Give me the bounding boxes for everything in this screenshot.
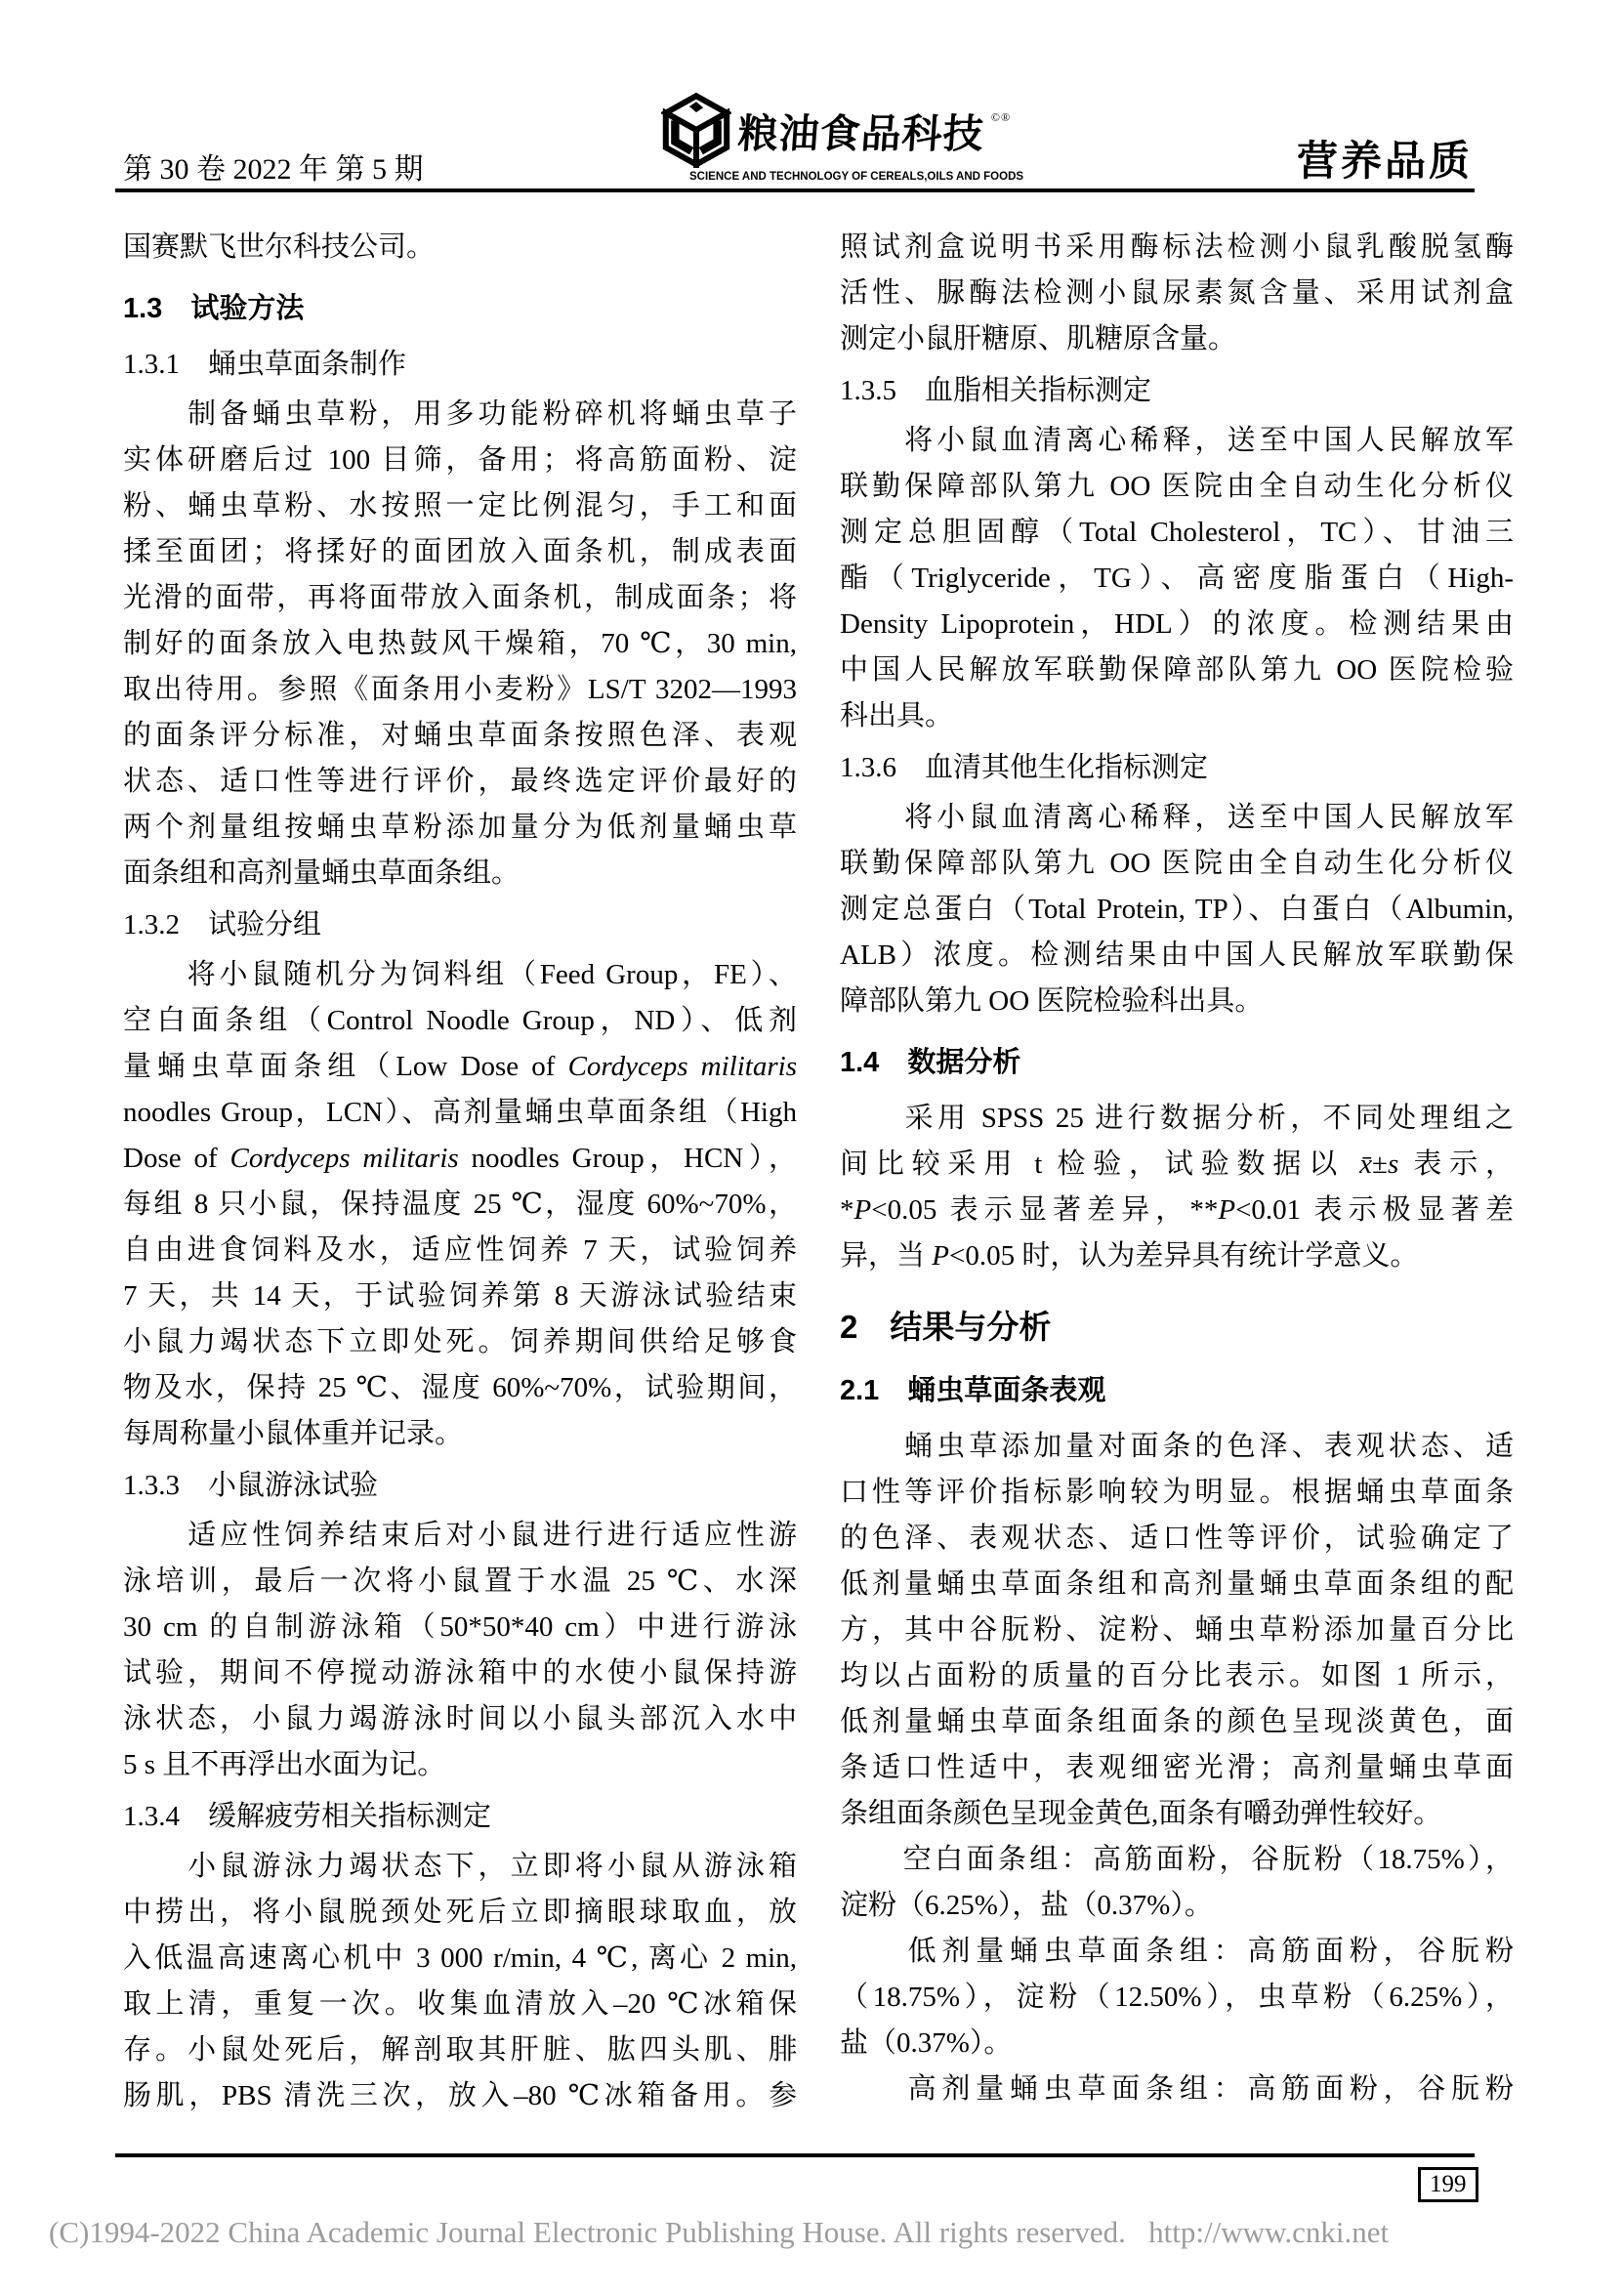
text-line: 自由进食饲料及水，适应性饲养 7 天，试验饲养 — [123, 1228, 797, 1273]
text-line: 空白面条组（Control Noodle Group，ND）、低剂 — [123, 998, 797, 1044]
text-line: 适应性饲养结束后对小鼠进行进行适应性游 — [123, 1513, 797, 1559]
text-line: 测定小鼠肝糖原、肌糖原含量。 — [840, 316, 1514, 362]
text-line: 物及水，保持 25 ℃、湿度 60%~70%，试验期间， — [123, 1365, 797, 1411]
paragraph: 蛹虫草添加量对面条的色泽、表观状态、适口性等评价指标影响较为明显。根据蛹虫草面条… — [840, 1424, 1514, 1837]
paragraph: 照试剂盒说明书采用酶标法检测小鼠乳酸脱氢酶活性、脲酶法检测小鼠尿素氮含量、采用试… — [840, 225, 1514, 362]
text-line: 粉、蛹虫草粉、水按照一定比例混匀，手工和面 — [123, 483, 797, 529]
text-line: 小鼠游泳力竭状态下，立即将小鼠从游泳箱 — [123, 1844, 797, 1890]
text-line: 中捞出，将小鼠脱颈处死后立即摘眼球取血，放 — [123, 1890, 797, 1936]
text-line: 异，当 P<0.05 时，认为差异具有统计学意义。 — [840, 1233, 1514, 1279]
text-line: 淀粉（6.25%），盐（0.37%）。 — [840, 1883, 1514, 1929]
text-line: 盐（0.37%）。 — [840, 2021, 1514, 2066]
text-line: 的面条评分标准，对蛹虫草面条按照色泽、表观 — [123, 713, 797, 759]
journal-logo-title: 粮油食品科技 — [736, 102, 986, 159]
text-line: 口性等评价指标影响较为明显。根据蛹虫草面条 — [840, 1470, 1514, 1516]
journal-logo: 粮油食品科技 ©® SCIENCE AND TECHNOLOGY OF CERE… — [689, 92, 982, 183]
footer-rule — [115, 2153, 1475, 2157]
text-line: 实体研磨后过 100 目筛，备用；将高筋面粉、淀 — [123, 438, 797, 483]
section-heading: 1.4 数据分析 — [840, 1040, 1514, 1086]
text-line: 条适口性适中，表观细密光滑；高剂量蛹虫草面 — [840, 1745, 1514, 1791]
text-line: 试验，期间不停搅动游泳箱中的水使小鼠保持游 — [123, 1650, 797, 1696]
paragraph: 国赛默飞世尔科技公司。 — [123, 225, 797, 271]
text-line: 国赛默飞世尔科技公司。 — [123, 225, 797, 271]
text-line: 5 s 且不再浮出水面为记。 — [123, 1742, 797, 1788]
right-column: 照试剂盒说明书采用酶标法检测小鼠乳酸脱氢酶活性、脲酶法检测小鼠尿素氮含量、采用试… — [840, 225, 1514, 2119]
text-line: 1.3 试验方法 — [123, 286, 797, 332]
section-heading: 2.1 蛹虫草面条表观 — [840, 1368, 1514, 1414]
page-number: 199 — [1418, 2167, 1478, 2202]
text-line: 泳状态，小鼠力竭游泳时间以小鼠头部沉入水中 — [123, 1696, 797, 1742]
text-line: 光滑的面带，再将面带放入面条机，制成面条；将 — [123, 575, 797, 621]
text-line: 1.3.4 缓解疲劳相关指标测定 — [123, 1794, 797, 1840]
journal-logo-icon — [661, 92, 731, 168]
text-line: 1.4 数据分析 — [840, 1040, 1514, 1086]
text-line: Density Lipoprotein，HDL）的浓度。检测结果由 — [840, 602, 1514, 647]
section-heading: 1.3.4 缓解疲劳相关指标测定 — [123, 1794, 797, 1840]
text-line: 测定总蛋白（Total Protein, TP）、白蛋白（Albumin, — [840, 887, 1514, 933]
text-line: 7 天，共 14 天，于试验饲养第 8 天游泳试验结束 — [123, 1273, 797, 1319]
section-heading: 1.3 试验方法 — [123, 286, 797, 332]
text-line: 2.1 蛹虫草面条表观 — [840, 1368, 1514, 1414]
paragraph: 将小鼠随机分为饲料组（Feed Group，FE）、空白面条组（Control … — [123, 952, 797, 1457]
text-line: 量蛹虫草面条组（Low Dose of Cordyceps militaris — [123, 1044, 797, 1090]
paragraph: 空白面条组：高筋面粉，谷朊粉（18.75%），淀粉（6.25%），盐（0.37%… — [840, 1837, 1514, 1929]
text-line: 两个剂量组按蛹虫草粉添加量分为低剂量蛹虫草 — [123, 805, 797, 851]
text-line: 取上清，重复一次。收集血清放入–20 ℃冰箱保 — [123, 1982, 797, 2027]
section-heading: 2 结果与分析 — [840, 1301, 1514, 1353]
paragraph: 低剂量蛹虫草面条组：高筋面粉，谷朊粉（18.75%），淀粉（12.50%），虫草… — [840, 1929, 1514, 2066]
paragraph: 将小鼠血清离心稀释，送至中国人民解放军联勤保障部队第九 OO 医院由全自动生化分… — [840, 795, 1514, 1024]
text-line: 1.3.1 蛹虫草面条制作 — [123, 342, 797, 388]
text-line: 均以占面粉的质量的百分比表示。如图 1 所示， — [840, 1653, 1514, 1699]
section-heading: 1.3.3 小鼠游泳试验 — [123, 1463, 797, 1509]
text-line: 每组 8 只小鼠，保持温度 25 ℃，湿度 60%~70%， — [123, 1182, 797, 1228]
journal-page: 第 30 卷 2022 年 第 5 期 粮油食品科技 ©® SCIENCE AN… — [0, 0, 1623, 2296]
text-line: 每周称量小鼠体重并记录。 — [123, 1411, 797, 1457]
text-line: 科出具。 — [840, 693, 1514, 739]
text-line: 活性、脲酶法检测小鼠尿素氮含量、采用试剂盒 — [840, 271, 1514, 316]
paragraph: 适应性饲养结束后对小鼠进行进行适应性游泳培训，最后一次将小鼠置于水温 25 ℃、… — [123, 1513, 797, 1788]
text-line: 状态、适口性等进行评价，最终选定评价最好的 — [123, 759, 797, 805]
text-line: （18.75%），淀粉（12.50%），虫草粉（6.25%）， — [840, 1975, 1514, 2021]
text-line: 酯（Triglyceride，TG）、高密度脂蛋白（High- — [840, 556, 1514, 602]
text-line: 1.3.5 血脂相关指标测定 — [840, 368, 1514, 414]
text-line: 将小鼠随机分为饲料组（Feed Group，FE）、 — [123, 952, 797, 998]
text-line: 制好的面条放入电热鼓风干燥箱，70 ℃，30 min, — [123, 621, 797, 667]
text-line: 1.3.6 血清其他生化指标测定 — [840, 745, 1514, 791]
text-line: 将小鼠血清离心稀释，送至中国人民解放军 — [840, 795, 1514, 841]
paragraph: 高剂量蛹虫草面条组：高筋面粉，谷朊粉 — [840, 2066, 1514, 2112]
text-line: 2 结果与分析 — [840, 1301, 1514, 1353]
text-line: 存。小鼠处死后，解剖取其肝脏、肱四头肌、腓 — [123, 2027, 797, 2073]
left-column: 国赛默飞世尔科技公司。1.3 试验方法1.3.1 蛹虫草面条制作 制备蛹虫草粉，… — [123, 225, 797, 2119]
copyright-notice: (C)1994-2022 China Academic Journal Elec… — [49, 2215, 1389, 2250]
text-line: 的色泽、表观状态、适口性等评价，试验确定了 — [840, 1516, 1514, 1562]
text-line: 入低温高速离心机中 3 000 r/min, 4 ℃, 离心 2 min, — [123, 1936, 797, 1982]
text-line: 蛹虫草添加量对面条的色泽、表观状态、适 — [840, 1424, 1514, 1470]
section-heading: 1.3.1 蛹虫草面条制作 — [123, 342, 797, 388]
text-line: 照试剂盒说明书采用酶标法检测小鼠乳酸脱氢酶 — [840, 225, 1514, 271]
paragraph: 制备蛹虫草粉，用多功能粉碎机将蛹虫草子实体研磨后过 100 目筛，备用；将高筋面… — [123, 392, 797, 897]
journal-logo-subtitle: SCIENCE AND TECHNOLOGY OF CEREALS,OILS A… — [689, 171, 982, 183]
text-line: 泳培训，最后一次将小鼠置于水温 25 ℃、水深 — [123, 1559, 797, 1605]
text-line: 低剂量蛹虫草面条组和高剂量蛹虫草面条组的配 — [840, 1562, 1514, 1607]
text-line: 联勤保障部队第九 OO 医院由全自动生化分析仪 — [840, 464, 1514, 510]
text-line: 1.3.3 小鼠游泳试验 — [123, 1463, 797, 1509]
text-line: 面条组和高剂量蛹虫草面条组。 — [123, 851, 797, 897]
article-body: 国赛默飞世尔科技公司。1.3 试验方法1.3.1 蛹虫草面条制作 制备蛹虫草粉，… — [123, 225, 1514, 2119]
section-heading: 1.3.2 试验分组 — [123, 902, 797, 948]
text-line: 低剂量蛹虫草面条组面条的颜色呈现淡黄色，面 — [840, 1699, 1514, 1745]
paragraph: 采用 SPSS 25 进行数据分析，不同处理组之间比较采用 t 检验，试验数据以… — [840, 1096, 1514, 1279]
issue-info: 第 30 卷 2022 年 第 5 期 — [123, 145, 424, 188]
text-line: 制备蛹虫草粉，用多功能粉碎机将蛹虫草子 — [123, 392, 797, 438]
text-line: noodles Group，LCN）、高剂量蛹虫草面条组（High — [123, 1090, 797, 1136]
text-line: 肠肌，PBS 清洗三次，放入–80 ℃冰箱备用。参 — [123, 2073, 797, 2119]
section-heading: 1.3.6 血清其他生化指标测定 — [840, 745, 1514, 791]
text-line: 小鼠力竭状态下立即处死。饲养期间供给足够食 — [123, 1319, 797, 1365]
header-rule — [115, 188, 1475, 192]
text-line: 将小鼠血清离心稀释，送至中国人民解放军 — [840, 418, 1514, 464]
text-line: 1.3.2 试验分组 — [123, 902, 797, 948]
text-line: 间比较采用 t 检验，试验数据以 x̄±s 表示， — [840, 1142, 1514, 1188]
section-label: 营养品质 — [1297, 129, 1473, 188]
text-line: 低剂量蛹虫草面条组：高筋面粉，谷朊粉 — [840, 1929, 1514, 1975]
text-line: 取出待用。参照《面条用小麦粉》LS/T 3202—1993 — [123, 667, 797, 713]
text-line: 方，其中谷朊粉、淀粉、蛹虫草粉添加量百分比 — [840, 1607, 1514, 1653]
text-line: Dose of Cordyceps militaris noodles Grou… — [123, 1136, 797, 1182]
text-line: 采用 SPSS 25 进行数据分析，不同处理组之 — [840, 1096, 1514, 1142]
text-line: ALB）浓度。检测结果由中国人民解放军联勤保 — [840, 933, 1514, 979]
paragraph: 将小鼠血清离心稀释，送至中国人民解放军联勤保障部队第九 OO 医院由全自动生化分… — [840, 418, 1514, 739]
text-line: 条组面条颜色呈现金黄色,面条有嚼劲弹性较好。 — [840, 1791, 1514, 1837]
section-heading: 1.3.5 血脂相关指标测定 — [840, 368, 1514, 414]
text-line: 障部队第九 OO 医院检验科出具。 — [840, 979, 1514, 1024]
text-line: 中国人民解放军联勤保障部队第九 OO 医院检验 — [840, 647, 1514, 693]
text-line: 揉至面团；将揉好的面团放入面条机，制成表面 — [123, 529, 797, 575]
text-line: 联勤保障部队第九 OO 医院由全自动生化分析仪 — [840, 841, 1514, 887]
text-line: *P<0.05 表示显著差异，**P<0.01 表示极显著差 — [840, 1188, 1514, 1233]
text-line: 空白面条组：高筋面粉，谷朊粉（18.75%）， — [840, 1837, 1514, 1883]
paragraph: 小鼠游泳力竭状态下，立即将小鼠从游泳箱中捞出，将小鼠脱颈处死后立即摘眼球取血，放… — [123, 1844, 797, 2119]
text-line: 测定总胆固醇（Total Cholesterol，TC）、甘油三 — [840, 510, 1514, 556]
text-line: 30 cm 的自制游泳箱（50*50*40 cm）中进行游泳 — [123, 1605, 797, 1650]
journal-logo-trademark: ©® — [991, 110, 1011, 125]
text-line: 高剂量蛹虫草面条组：高筋面粉，谷朊粉 — [840, 2066, 1514, 2112]
